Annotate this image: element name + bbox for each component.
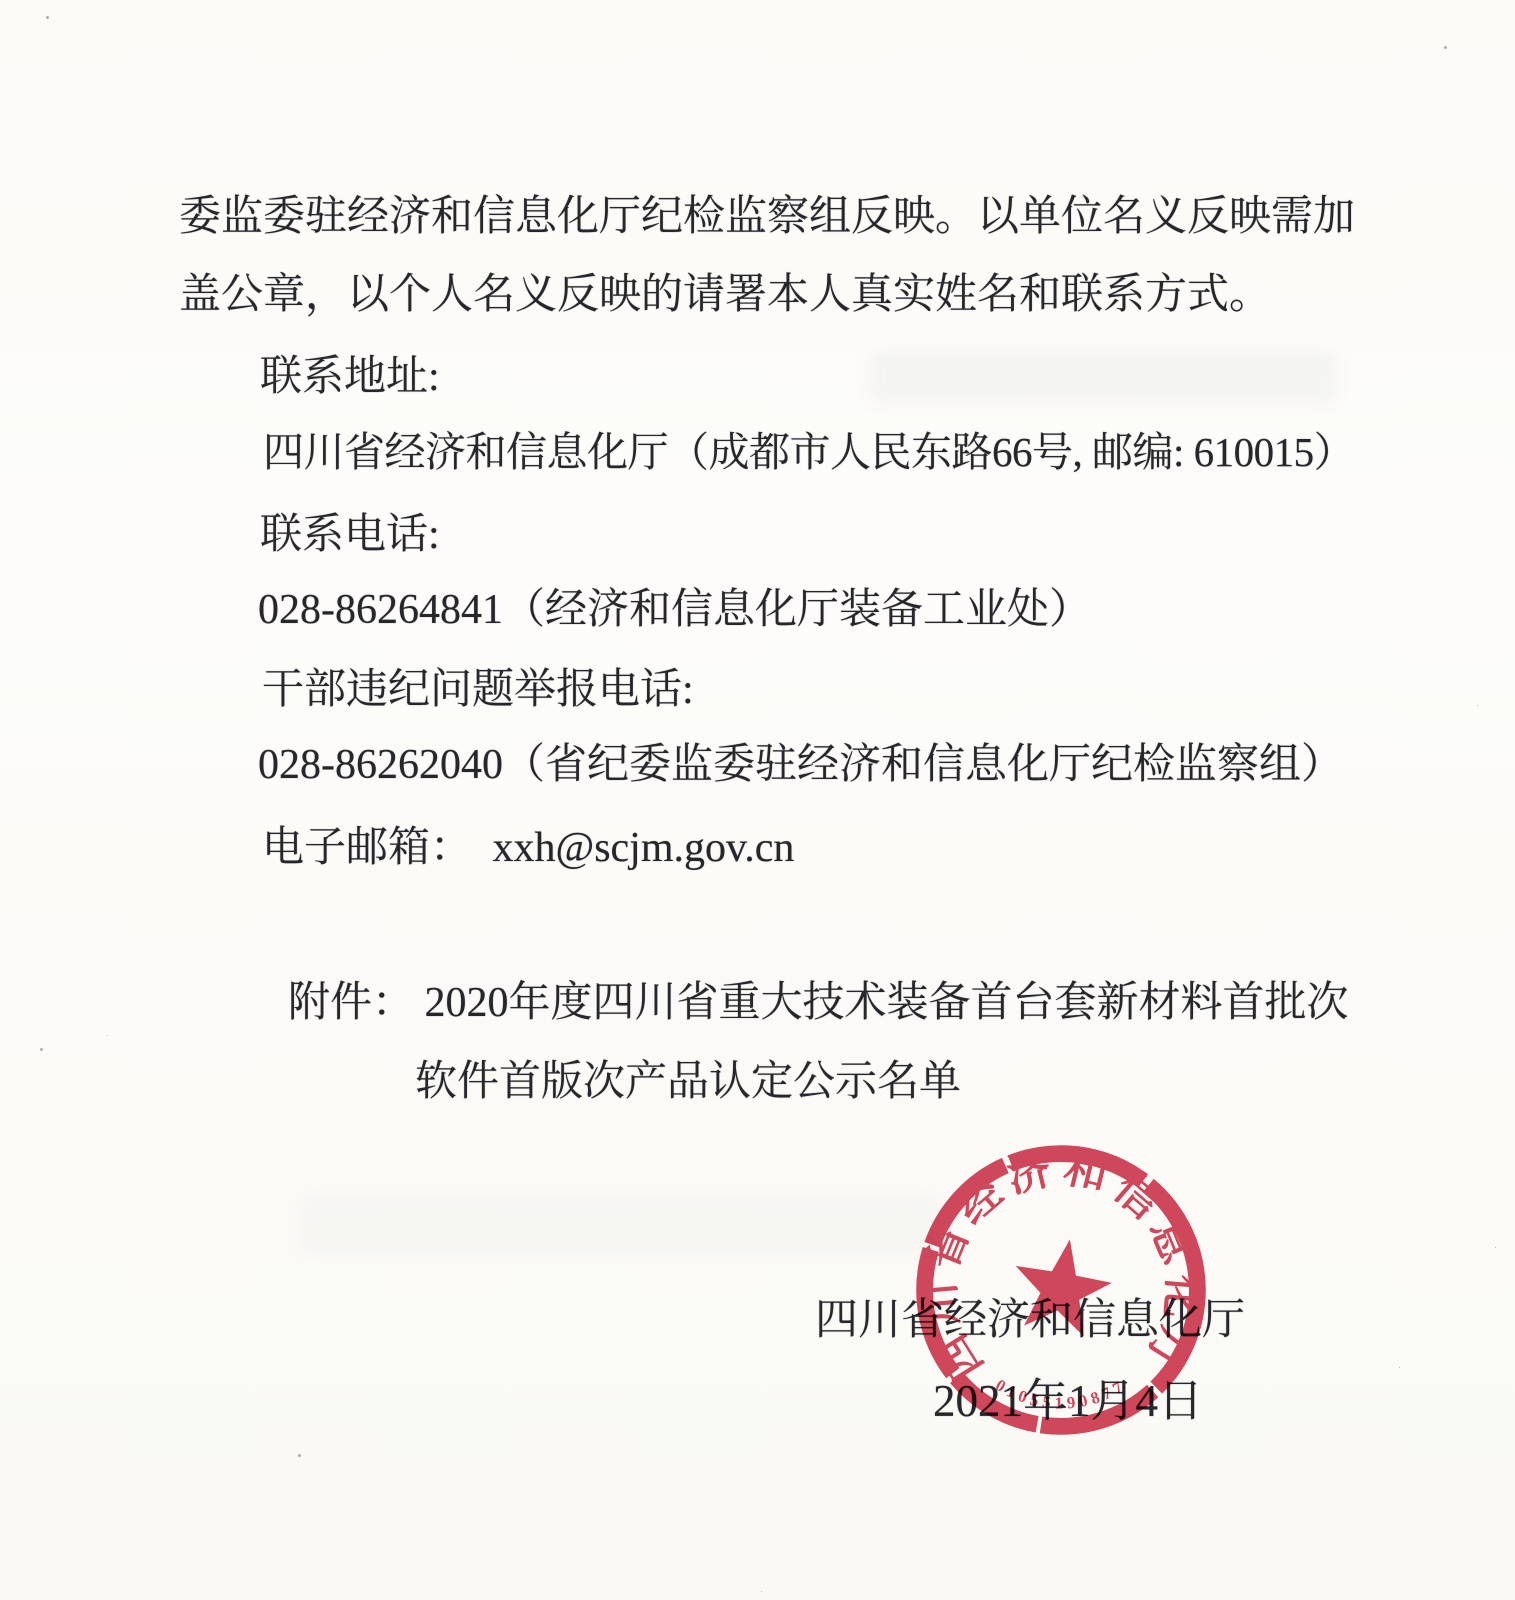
contact-email-line: 电子邮箱： xxh@scjm.gov.cn bbox=[262, 814, 794, 874]
email-address: xxh@scjm.gov.cn bbox=[493, 825, 795, 871]
contact-phone-label: 联系电话: bbox=[260, 501, 440, 561]
seal-star-icon bbox=[1016, 1239, 1112, 1336]
report-phone-label: 干部违纪问题举报电话: bbox=[262, 656, 694, 716]
seal-serial-number: 01055190877 bbox=[992, 1375, 1130, 1412]
scan-noise bbox=[46, 16, 49, 19]
attachment-title-line-1: 2020年度四川省重大技术装备首台套新材料首批次 bbox=[425, 980, 1349, 1026]
attachment-label: 附件： bbox=[288, 980, 414, 1026]
report-phone-value: 028-86262040（省纪委监委驻经济和信息化厅纪检监察组） bbox=[258, 731, 1343, 791]
email-label: 电子邮箱： bbox=[262, 825, 472, 871]
body-paragraph-line-1: 委监委驻经济和信息化厅纪检监察组反映。以单位名义反映需加 bbox=[179, 183, 1355, 243]
contact-address-value: 四川省经济和信息化厅（成都市人民东路66号, 邮编: 610015） bbox=[263, 419, 1354, 478]
document-page: 委监委驻经济和信息化厅纪检监察组反映。以单位名义反映需加 盖公章，以个人名义反映… bbox=[0, 0, 1515, 1600]
body-paragraph-line-2: 盖公章，以个人名义反映的请署本人真实姓名和联系方式。 bbox=[179, 261, 1271, 321]
attachment-line-1: 附件： 2020年度四川省重大技术装备首台套新材料首批次 bbox=[288, 969, 1349, 1029]
contact-address-label: 联系地址: bbox=[260, 343, 440, 403]
attachment-title-line-2: 软件首版次产品认定公示名单 bbox=[415, 1048, 961, 1108]
official-seal: 四川省经济和信息化厅 01055190877 bbox=[893, 1114, 1229, 1466]
showthrough-artifact bbox=[868, 350, 1338, 404]
contact-phone-value: 028-86264841（经济和信息化厅装备工业处） bbox=[258, 576, 1091, 636]
showthrough-artifact bbox=[300, 1196, 940, 1254]
